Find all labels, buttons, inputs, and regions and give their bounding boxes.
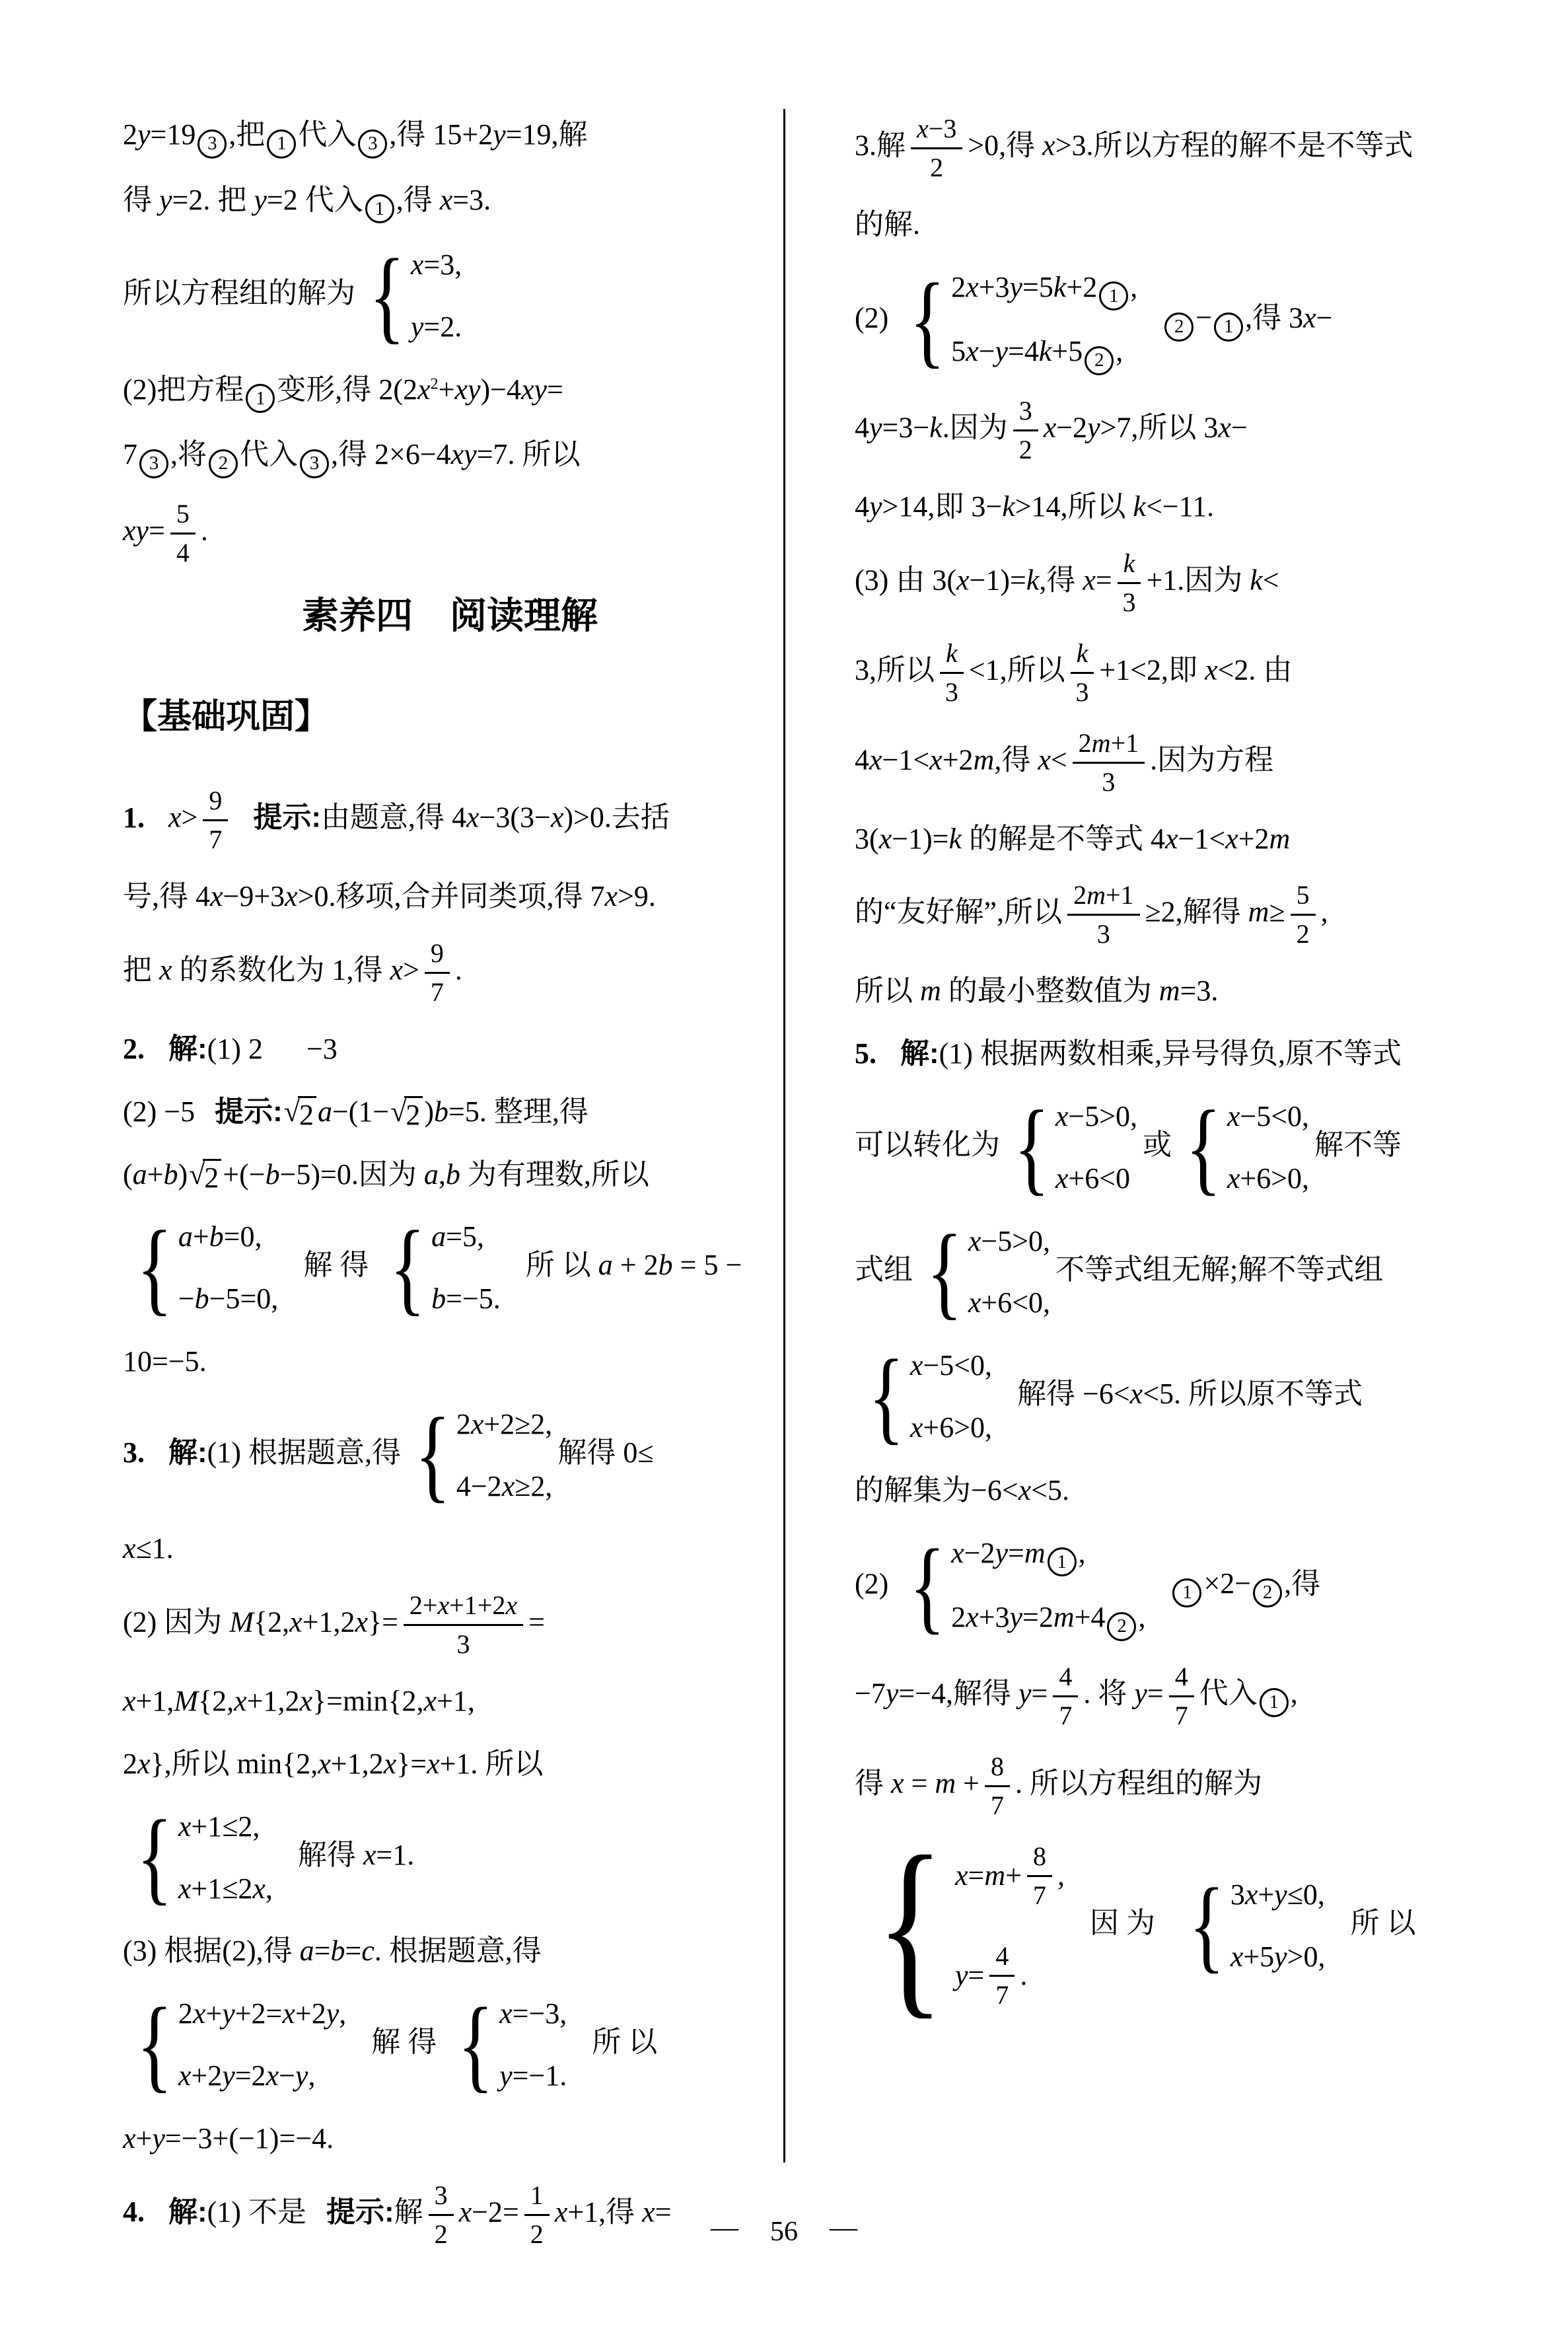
- text-run: 2: [930, 153, 943, 182]
- solution-line: x+y=−3+(−1)=−4.: [123, 2118, 777, 2160]
- math-variable: k: [1053, 271, 1067, 303]
- math-expression: 3(x−1)=k: [855, 823, 962, 855]
- fraction-numerator: k: [1071, 638, 1094, 674]
- text-run: 所以: [1138, 411, 1203, 443]
- chinese-text: 移项,合并同类项,得: [336, 880, 590, 912]
- equation-system: {x+1≤2,x+1≤2x,: [128, 1806, 273, 1910]
- circled-equation-number: 2: [209, 449, 238, 478]
- text-run: −7: [855, 1677, 886, 1709]
- math-expression: x+6<0: [1055, 1158, 1130, 1200]
- column-divider-line: [783, 109, 785, 2162]
- text-run: +3: [979, 271, 1010, 303]
- system-row: 2x+3y=2m+42,: [951, 1596, 1145, 1641]
- text-run: =2: [267, 184, 298, 216]
- text-run: −5<0,: [1240, 1100, 1309, 1132]
- math-expression: x−5<0,: [910, 1345, 992, 1387]
- math-variable: x: [929, 743, 943, 776]
- text-run: >0,: [968, 129, 1006, 162]
- text-run: 3,: [855, 653, 876, 686]
- system-row: x+1≤2x,: [178, 1868, 273, 1910]
- text-run: ,: [1138, 1601, 1145, 1633]
- text-run: 所以: [876, 653, 935, 686]
- math-expression: x+1≤2,: [178, 1806, 260, 1848]
- solution-line: −7y=−4,解得 y=47. 将 y=47代入1,: [855, 1662, 1539, 1731]
- circled-equation-number: 1: [246, 384, 275, 413]
- page-number: 56: [770, 2217, 798, 2247]
- math-variable: x: [282, 1997, 295, 2030]
- text-run: 解得: [953, 1677, 1018, 1709]
- math-expression: y=: [955, 1954, 984, 1997]
- math-variable: a: [424, 1158, 439, 1191]
- math-variable: y: [137, 118, 151, 151]
- chinese-text: 解得: [1017, 1378, 1083, 1410]
- math-expression: 2x+2≥2,: [456, 1403, 553, 1446]
- text-run: −: [279, 2059, 295, 2092]
- text-run: =: [968, 1859, 985, 1892]
- text-run: >0,: [1287, 1940, 1326, 1973]
- math-variable: x: [266, 2059, 279, 2092]
- math-variable: x: [424, 1685, 437, 1717]
- text-run: ,: [1284, 1567, 1291, 1600]
- math-variable: x: [1165, 823, 1178, 855]
- solution-line: 2x},所以 min{2,x+1,2x}=x+1. 所以: [123, 1743, 777, 1785]
- text-run: +2: [191, 2059, 222, 2092]
- text-run: (2) −5: [123, 1095, 195, 1128]
- math-expression: .: [201, 514, 208, 546]
- fraction-numerator: 2m+1: [1073, 728, 1145, 764]
- left-brace-icon: {: [369, 252, 406, 340]
- math-variable: x: [551, 801, 564, 834]
- text-run: +1,2: [303, 1606, 355, 1639]
- system-row: 2x+2≥2,: [456, 1403, 553, 1446]
- math-expression: a=b=c.: [300, 1935, 382, 1967]
- math-expression: x>3.: [1042, 129, 1093, 162]
- text-run: +: [193, 1220, 209, 1253]
- text-run: =: [904, 1767, 935, 1799]
- text-run: +1.: [440, 1748, 478, 1780]
- math-variable: x: [1205, 653, 1218, 686]
- math-variable: x: [384, 1748, 397, 1780]
- fraction-denominator: 7: [991, 1787, 1004, 1821]
- math-variable: x: [968, 1286, 981, 1319]
- fraction-denominator: 7: [1059, 1697, 1072, 1731]
- text-run: 代入: [298, 118, 356, 151]
- solution-line: 4x−1<x+2m,得 x<2m+13.因为方程: [855, 728, 1539, 797]
- chinese-text: 因为: [359, 1158, 424, 1191]
- math-variable: x: [159, 954, 172, 986]
- math-expression: 2x+3y=2m+42,: [951, 1596, 1145, 1641]
- text-run: ,得: [396, 184, 440, 216]
- system-rows: x−5<0,x+6>0,: [910, 1345, 992, 1449]
- math-variable: y: [1087, 411, 1100, 443]
- equation-system: {a=5,b=−5.: [381, 1216, 500, 1320]
- text-run: (2): [855, 1567, 896, 1600]
- system-row: x+6<0: [1055, 1158, 1137, 1200]
- math-variable: y: [464, 438, 477, 470]
- math-variable: x: [1227, 1100, 1240, 1132]
- math-variable: b: [431, 1282, 446, 1315]
- math-variable: M: [174, 1685, 198, 1717]
- text-run: =2.: [172, 184, 211, 216]
- fraction: 87: [1027, 1841, 1052, 1911]
- item-number: 3.: [123, 1436, 145, 1469]
- math-expression: x+6<0,: [968, 1282, 1050, 1324]
- text-run: −3: [929, 114, 957, 143]
- fraction-denominator: 3: [945, 674, 958, 708]
- math-expression: 4x−1<x+2m: [1151, 823, 1290, 855]
- math-variable: a: [300, 1935, 314, 1967]
- text-run: >14,: [1015, 490, 1068, 523]
- math-expression: a+b=0,: [178, 1216, 262, 1258]
- text-run: 的解集为: [855, 1474, 971, 1506]
- text-run: 所以原不等式: [1181, 1378, 1363, 1410]
- solution-line: {x+1≤2,x+1≤2x,解得 x=1.: [123, 1806, 777, 1910]
- text-run: (: [123, 1158, 133, 1191]
- chinese-text: 或: [1143, 1128, 1172, 1161]
- math-variable: x: [123, 1685, 136, 1717]
- text-run: 2: [431, 375, 439, 392]
- text-run: 代入: [1199, 1677, 1258, 1709]
- text-run: 3: [945, 677, 958, 707]
- fraction-denominator: 3: [1123, 584, 1136, 618]
- math-expression: x=−3,: [499, 1993, 567, 2035]
- chinese-text: 解 得: [371, 2026, 444, 2058]
- text-run: −5>0,: [981, 1225, 1050, 1257]
- circled-equation-number: 1: [1214, 313, 1243, 342]
- text-run: >0.: [298, 880, 336, 912]
- math-variable: b: [195, 1282, 209, 1315]
- math-expression: ,: [1321, 896, 1328, 928]
- text-run: =−3+(−1)=−4.: [165, 2122, 334, 2155]
- text-run: 10=−5.: [123, 1345, 207, 1378]
- chinese-text: 所以: [515, 438, 581, 470]
- math-variable: x: [390, 954, 404, 986]
- text-run: 所以: [478, 1748, 543, 1780]
- text-run: −: [1316, 301, 1333, 334]
- math-variable: x: [1055, 1100, 1069, 1132]
- math-expression: x: [159, 954, 172, 986]
- chinese-text: 解得: [1183, 896, 1248, 928]
- chinese-text: 由: [1256, 653, 1292, 686]
- math-variable: y: [222, 1997, 235, 2030]
- system-row: x=3,: [411, 244, 462, 286]
- chinese-text: 因 为: [1090, 1907, 1155, 1939]
- text-run: <: [1263, 564, 1279, 596]
- text-run: ,: [229, 118, 236, 151]
- equation-system: {3x+y≤0,x+5y>0,: [1180, 1874, 1326, 1978]
- fraction: 47: [1169, 1662, 1194, 1731]
- solution-line: (2) 因为 M{2,x+1,2x}=2+x+1+2x3=: [123, 1590, 777, 1660]
- math-variable: y: [499, 2059, 513, 2092]
- math-variable: y: [1010, 271, 1023, 303]
- math-variable: x: [234, 1685, 247, 1717]
- text-run: }=: [312, 1685, 343, 1717]
- subsection-heading: 【基础巩固】: [96, 692, 777, 742]
- text-run: =−1.: [513, 2059, 567, 2092]
- text-run: .: [374, 1935, 382, 1967]
- text-run: +1.: [1146, 564, 1184, 596]
- text-run: (2): [123, 1606, 157, 1639]
- system-row: x+6>0,: [1227, 1158, 1309, 1200]
- math-variable: x: [178, 1810, 192, 1843]
- text-run: +2: [1066, 271, 1097, 303]
- math-expression: >0,: [968, 129, 1006, 162]
- math-variable: y: [886, 1677, 899, 1709]
- solution-line: 所以 m 的最小整数值为 m=3.: [855, 970, 1539, 1012]
- text-run: 代入: [240, 438, 298, 470]
- text-run: 根据两数相乘,异号得负,原不等式: [973, 1037, 1402, 1070]
- system-row: x+1≤2,: [178, 1806, 273, 1848]
- system-row: x+6<0,: [968, 1282, 1050, 1324]
- system-row: 2x+3y=5k+21,: [951, 266, 1137, 311]
- text-run: +2≥2,: [483, 1408, 552, 1440]
- system-rows: a+b=0,−b−5=0,: [178, 1216, 278, 1320]
- text-run: .: [201, 514, 208, 546]
- math-variable: m: [1159, 975, 1180, 1007]
- equation-system: {x=−3,y=−1.: [449, 1993, 567, 2097]
- chinese-text: 得: [1291, 1567, 1320, 1600]
- text-run: ,得: [389, 118, 433, 151]
- left-brace-icon: {: [1189, 1881, 1225, 1970]
- math-expression: (1): [939, 1037, 973, 1070]
- text-run: 所以方程的解不是不等式: [1094, 129, 1413, 162]
- system-row: x−5>0,: [1055, 1095, 1137, 1138]
- text-run: −3(3−: [480, 801, 551, 834]
- math-variable: m: [1269, 823, 1291, 855]
- math-variable: m: [1092, 728, 1111, 758]
- text-run: ,: [1057, 1859, 1065, 1892]
- fraction-denominator: 7: [995, 1977, 1009, 2011]
- math-variable: M: [229, 1606, 254, 1639]
- system-row: 2x+y+2=x+2y,: [178, 1993, 346, 2035]
- math-variable: y: [136, 514, 149, 546]
- text-run: 3(: [932, 564, 956, 596]
- solution-line: (2) {x−2y=m1,2x+3y=2m+42,1×2−2,得: [855, 1532, 1539, 1641]
- math-variable: y: [1274, 1940, 1287, 1973]
- fraction-numerator: 4: [1169, 1662, 1194, 1697]
- text-run: }=: [368, 1606, 398, 1639]
- math-variable: k: [948, 823, 962, 855]
- text-run: =−5.: [446, 1282, 501, 1315]
- text-run: 4: [176, 538, 190, 568]
- math-expression: +xy)−4xy=: [439, 373, 563, 406]
- text-run: <−11.: [1146, 490, 1214, 523]
- math-expression: .: [455, 954, 462, 986]
- page-footer: —56—: [0, 2212, 1568, 2248]
- chinese-text: 所以原不等式: [1181, 1378, 1363, 1410]
- math-variable: m: [1053, 1601, 1075, 1633]
- math-variable: k: [1123, 548, 1135, 578]
- math-variable: x: [910, 1349, 923, 1382]
- text-run: 所以: [1007, 653, 1065, 686]
- solution-line: {2x+y+2=x+2y,x+2y=2x−y,解 得 {x=−3,y=−1.所 …: [123, 1993, 777, 2097]
- math-variable: x: [1227, 1162, 1240, 1195]
- math-variable: x: [917, 114, 929, 143]
- circled-equation-number: 1: [1048, 1547, 1077, 1576]
- text-run: 3: [1203, 411, 1218, 443]
- fraction: 54: [170, 499, 196, 568]
- text-run: =: [528, 1606, 545, 1639]
- text-run: ≤0,: [1287, 1878, 1325, 1911]
- left-brace-icon: {: [909, 1542, 946, 1631]
- text-run: (3): [855, 564, 896, 596]
- circled-equation-number: 3: [358, 129, 387, 159]
- text-run: >3.: [1055, 129, 1094, 162]
- text-run: 根据题意,得: [382, 1935, 542, 1967]
- math-expression: −3: [306, 1033, 338, 1065]
- math-expression: .: [1020, 1954, 1027, 1997]
- left-brace-icon: {: [137, 1813, 173, 1901]
- solution-line: 3(x−1)=k 的解是不等式 4x−1<x+2m: [855, 818, 1539, 860]
- system-rows: 3x+y≤0,x+5y>0,: [1230, 1874, 1326, 1978]
- text-run: =5,: [446, 1220, 484, 1253]
- chinese-text: 所以方程的解不是不等式: [1094, 129, 1413, 162]
- math-variable: m: [920, 975, 941, 1007]
- text-run: −3: [306, 1033, 338, 1065]
- text-run: +1,: [437, 1685, 475, 1717]
- math-variable: b: [434, 1095, 448, 1128]
- math-variable: x: [1083, 564, 1096, 596]
- left-brace-icon: {: [1186, 1103, 1222, 1192]
- math-variable: y: [995, 1537, 1009, 1569]
- fraction-numerator: 2+x+1+2x: [404, 1590, 523, 1626]
- chinese-text: 解: [559, 118, 588, 151]
- text-run: 2: [456, 1408, 471, 1440]
- math-variable: y: [1134, 1677, 1147, 1709]
- text-run: =19,: [506, 118, 559, 151]
- system-row: x−2y=m1,: [951, 1532, 1145, 1577]
- text-run: 2: [299, 1099, 314, 1131]
- chinese-text: 去括: [612, 801, 670, 834]
- text-run: (1): [939, 1037, 973, 1070]
- text-run: {2,: [282, 1748, 318, 1780]
- text-run: +: [1258, 1878, 1274, 1911]
- solution-line: (a+b)√2+(−b−5)=0.因为 a,b 为有理数,所以: [123, 1154, 777, 1196]
- answer-item-5: 5.解:(1) 根据两数相乘,异号得负,原不等式: [855, 1033, 1539, 1075]
- text-run: ,: [1130, 271, 1137, 303]
- math-expression: {2,x+1,: [388, 1685, 474, 1717]
- math-variable: x: [891, 1767, 904, 1799]
- math-expression: x<: [1038, 743, 1067, 776]
- text-run: 式组: [855, 1253, 913, 1285]
- math-expression: 3x+y≤0,: [1230, 1874, 1325, 1916]
- math-variable: x: [505, 1590, 517, 1620]
- system-row: b=−5.: [431, 1278, 501, 1320]
- math-variable: a: [431, 1220, 446, 1253]
- system-rows: a=5,b=−5.: [431, 1216, 501, 1320]
- text-run: 3: [1102, 767, 1115, 797]
- chinese-text: 由题意,得: [321, 801, 452, 834]
- fraction: x−32: [911, 114, 962, 183]
- math-variable: x: [605, 880, 618, 912]
- solution-line: {x=m+87,y=47.因 为{3x+y≤0,x+5y>0,所 以: [855, 1841, 1539, 2011]
- system-rows: x−2y=m1,2x+3y=2m+42,: [951, 1532, 1145, 1641]
- math-variable: x: [300, 1685, 313, 1717]
- chinese-text: 的系数化为 1,得: [172, 954, 390, 986]
- solution-line: 3,所以k3<1,所以k3+1<2,即 x<2. 由: [855, 638, 1539, 708]
- system-row: x−5<0,: [1227, 1095, 1309, 1138]
- text-run: 2: [204, 1162, 219, 1194]
- solution-line: 的解集为−6<x<5.: [855, 1469, 1539, 1512]
- text-run: 2: [951, 271, 966, 303]
- fraction-numerator: 5: [170, 499, 196, 535]
- text-run: =3,: [423, 248, 462, 281]
- chinese-text: 将2代入3,得: [178, 438, 374, 470]
- text-run: =1.: [376, 1839, 414, 1871]
- text-run: 得: [855, 1767, 891, 1799]
- text-run: ×2−: [1203, 1567, 1251, 1600]
- text-run: 5: [951, 335, 966, 367]
- text-run: 根据(2),得: [157, 1935, 299, 1967]
- text-run: +: [956, 1767, 980, 1799]
- text-run: =: [1147, 1677, 1164, 1709]
- text-run: .: [1150, 743, 1157, 776]
- math-variable: k: [1002, 490, 1015, 523]
- text-run: >7,: [1100, 411, 1139, 443]
- math-variable: x: [951, 1537, 964, 1569]
- math-expression: b=−5.: [431, 1278, 501, 1320]
- text-run: −1<: [882, 743, 930, 776]
- system-row: x+5y>0,: [1230, 1936, 1326, 1978]
- text-run: 解 得: [371, 2026, 444, 2058]
- solution-line: (3) 由 3(x−1)=k,得 x=k3+1.因为 k<: [855, 548, 1539, 618]
- text-run: ,得: [331, 438, 374, 470]
- text-run: −5>0,: [1068, 1100, 1137, 1132]
- math-variable: x: [966, 335, 979, 367]
- math-expression: m≥: [1248, 896, 1285, 928]
- text-run: +6<0: [1068, 1162, 1130, 1195]
- math-variable: x: [1038, 743, 1051, 776]
- chinese-text: 所以: [1138, 411, 1203, 443]
- chinese-text: 将: [1090, 1677, 1134, 1709]
- bold-label: 解:: [900, 1037, 939, 1070]
- math-variable: x: [123, 514, 136, 546]
- math-expression: (1) 2: [207, 1033, 263, 1065]
- bold-label: 解:: [168, 1436, 207, 1469]
- item-number: 1.: [123, 801, 145, 834]
- text-run: +1,: [136, 1685, 174, 1717]
- math-expression: ,: [1057, 1855, 1065, 1897]
- solution-line: 得 y=2. 把 y=2 代入1,得 x=3.: [123, 179, 777, 224]
- math-variable: x: [1230, 1940, 1244, 1973]
- math-expression: k<: [1250, 564, 1279, 596]
- math-variable: x: [910, 1411, 923, 1444]
- fraction-numerator: 8: [985, 1752, 1010, 1787]
- text-run: ,: [1116, 335, 1123, 367]
- math-variable: x: [178, 1872, 192, 1905]
- math-expression: 2×6−4xy=7.: [374, 438, 515, 470]
- text-run: ,: [1291, 1677, 1298, 1709]
- math-variable: m: [984, 1859, 1005, 1892]
- text-run: −(1−: [332, 1095, 389, 1128]
- system-row: −b−5=0,: [178, 1278, 278, 1320]
- math-variable: y: [326, 1997, 339, 2030]
- text-run: (3): [123, 1935, 157, 1967]
- math-variable: x: [123, 2122, 136, 2155]
- math-expression: +(−b−5)=0.: [223, 1158, 359, 1191]
- math-expression: 10=−5.: [123, 1345, 207, 1378]
- math-expression: x+2y=2x−y,: [178, 2055, 316, 2097]
- text-run: 4: [1175, 1662, 1188, 1691]
- math-expression: x+5y>0,: [1230, 1936, 1326, 1978]
- text-run: 4: [1151, 823, 1165, 855]
- math-variable: a: [178, 1220, 193, 1253]
- text-run: 8: [1033, 1841, 1046, 1871]
- math-variable: x: [466, 801, 480, 834]
- fraction-denominator: 2: [1297, 916, 1310, 949]
- math-variable: x: [1044, 411, 1057, 443]
- math-variable: x: [956, 564, 970, 596]
